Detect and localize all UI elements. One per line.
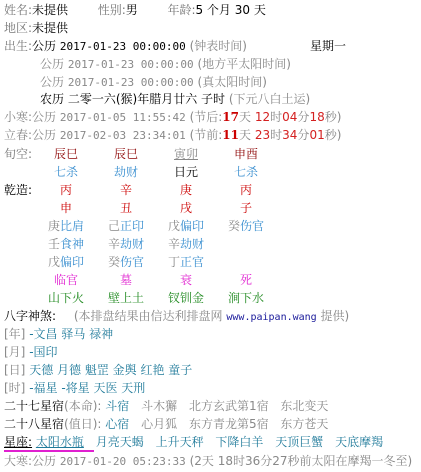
unit: 时 [270, 128, 282, 142]
zodiac-imum-coeli[interactable]: 天底摩羯 [335, 435, 383, 449]
zodiac-descendant[interactable]: 下降白羊 [215, 435, 263, 449]
shensha-hour: [时] -福星 -将星 天医 天刑 [4, 379, 145, 397]
term-days: 11 [222, 128, 239, 142]
shensha-items: 天德 月德 魁罡 金舆 红艳 童子 [29, 363, 192, 377]
changsheng-row: 临官 墓 衰 死 [4, 271, 304, 289]
region-row: 地区:未提供 [4, 19, 68, 37]
xiu-sub: (值日): [64, 417, 101, 431]
xiu-animal: 斗木獬 [141, 399, 177, 413]
pillar-tag: [日] [4, 363, 25, 377]
shishen-year: 七杀 [44, 163, 88, 181]
hidden-stem: 辛 [108, 237, 120, 251]
shishen-day: 日元 [164, 163, 208, 181]
term-datetime: 2017-01-05 11:55:42 [60, 111, 186, 124]
hidden-shishen: 劫财 [120, 237, 144, 251]
hidden-shishen: 食神 [60, 237, 84, 251]
hidden-stem: 戊 [168, 219, 180, 233]
term-label: 小寒: [4, 110, 32, 124]
xiu-sky: 东方苍天 [280, 417, 328, 431]
unit: 秒 [325, 110, 337, 124]
unit: 时 [270, 110, 282, 124]
hidden-row-2: 壬食神 辛劫财 辛劫财 [4, 235, 304, 253]
nayin-hour: 涧下水 [224, 289, 268, 307]
term-seconds: 18 [309, 110, 324, 124]
branch-year: 申 [44, 199, 88, 217]
term-datetime: 2017-01-20 05:23:33 [60, 455, 186, 468]
shishen-hour: 七杀 [224, 163, 268, 181]
hidden-shishen: 比肩 [60, 219, 84, 233]
xiu-name: 斗宿 [105, 399, 129, 413]
time-note: (钟表时间) [190, 39, 247, 53]
xiu-animal: 心月狐 [141, 417, 177, 431]
term-seconds: 01 [309, 128, 324, 142]
zodiac-ascendant[interactable]: 上升天秤 [156, 435, 204, 449]
paren: ) [337, 110, 342, 124]
xiu-label: 二十八星宿 [4, 417, 64, 431]
time-note: (地方平太阳时间) [198, 57, 291, 71]
calendar-type: 公历 [32, 454, 56, 468]
hidden-shishen: 伤官 [240, 219, 264, 233]
stem-day: 庚 [164, 181, 208, 199]
shensha-month: [月] -国印 [4, 343, 58, 361]
hidden-stem: 己 [108, 219, 120, 233]
true-datetime: 2017-01-23 00:00:00 [68, 76, 194, 89]
xunkong-row: 旬空: 辰巳 辰巳 寅卯 申酉 [4, 145, 304, 163]
hidden-shishen: 偏印 [60, 255, 84, 269]
branches-row: 申 丑 戌 子 [4, 199, 304, 217]
stems-row: 乾造: 丙 辛 庚 丙 [4, 181, 304, 199]
xiu-name: 心宿 [105, 417, 129, 431]
hidden-row-1: 庚比肩 己正印 戊偏印 癸伤官 [4, 217, 304, 235]
name-value: 未提供 [32, 3, 68, 17]
xiu-direction: 东方青龙第5宿 [189, 417, 269, 431]
yun-note: (下元八白土运) [229, 92, 310, 106]
zodiac-sun[interactable]: 太阳水瓶 [36, 435, 84, 449]
shensha-header: 八字神煞: (本排盘结果由信达利排盘网 www.paipan.wang 提供) [4, 307, 349, 325]
hidden-row-3: 戊偏印 癸伤官 丁正官 [4, 253, 304, 271]
weekday: 星期一 [310, 37, 346, 55]
term-label: 大寒: [4, 454, 32, 468]
xiu-direction: 北方玄武第1宿 [189, 399, 269, 413]
changsheng-month: 墓 [104, 271, 148, 289]
local-datetime: 2017-01-23 00:00:00 [68, 58, 194, 71]
hidden-shishen: 伤官 [120, 255, 144, 269]
shensha-year: [年] -文昌 驿马 禄神 [4, 325, 113, 343]
calendar-type: 公历 [40, 57, 64, 71]
calendar-type: 公历 [32, 128, 56, 142]
hidden-stem: 癸 [228, 219, 240, 233]
hidden-stem: 辛 [168, 237, 180, 251]
xunkong-year: 辰巳 [44, 145, 88, 163]
term-row-xiaohan: 小寒:公历 2017-01-05 11:55:42 (节后:17天 12时04分… [4, 108, 341, 126]
zodiac-midheaven[interactable]: 天顶巨蟹 [275, 435, 323, 449]
calendar-type: 公历 [40, 75, 64, 89]
stem-year: 丙 [44, 181, 88, 199]
term-datetime: 2017-02-03 23:34:01 [60, 129, 186, 142]
nayin-row: 山下火 壁上土 钗钏金 涧下水 [4, 289, 304, 307]
credit-text: (本排盘结果由信达利排盘网 [74, 309, 223, 323]
branch-hour: 子 [224, 199, 268, 217]
term-days: 17 [222, 110, 239, 124]
lunar-date: 二零一六(猴)年腊月廿六 子时 [68, 92, 225, 106]
changsheng-hour: 死 [224, 271, 268, 289]
shishen-month: 劫财 [104, 163, 148, 181]
xiu-label: 二十七星宿 [4, 399, 64, 413]
region-value: 未提供 [32, 21, 68, 35]
term-prefix: (节后: [190, 110, 223, 124]
term-hours: 23 [255, 128, 270, 142]
term-hours: 12 [255, 110, 270, 124]
age-value: 5 个月 30 天 [195, 3, 265, 17]
dahan-row: 大寒:公历 2017-01-20 05:23:33 (2天 18时36分27秒前… [4, 452, 412, 470]
lunar-row: 农历 二零一六(猴)年腊月廿六 子时 (下元八白土运) [40, 90, 310, 108]
shensha-items: -国印 [29, 345, 57, 359]
nayin-year: 山下火 [44, 289, 88, 307]
term-minutes: 04 [282, 110, 297, 124]
age-label: 年龄: [167, 3, 195, 17]
calendar-type: 公历 [32, 39, 56, 53]
unit: 天 [239, 110, 251, 124]
pillar-tag: [年] [4, 327, 25, 341]
xunkong-hour: 申酉 [224, 145, 268, 163]
changsheng-day: 衰 [164, 271, 208, 289]
region-label: 地区: [4, 21, 32, 35]
xunkong-month: 辰巳 [104, 145, 148, 163]
shensha-day: [日] 天德 月德 魁罡 金舆 红艳 童子 [4, 361, 192, 379]
term-note: (2天 18时36分27秒前太阳在摩羯一冬至) [190, 454, 413, 468]
credit-text: 提供) [321, 309, 350, 323]
xiu-sub: (本命): [64, 399, 101, 413]
qianzao-label: 乾造: [4, 183, 32, 197]
calendar-type: 农历 [40, 92, 64, 106]
term-row-lichun: 立春:公历 2017-02-03 23:34:01 (节前:11天 23时34分… [4, 126, 341, 144]
xiu28-row: 二十八星宿(值日): 心宿 心月狐 东方青龙第5宿 东方苍天 [4, 415, 328, 433]
birth-datetime: 2017-01-23 00:00:00 [60, 40, 186, 53]
stem-month: 辛 [104, 181, 148, 199]
term-label: 立春: [4, 128, 32, 142]
nayin-month: 壁上土 [104, 289, 148, 307]
zodiac-row: 星座: 太阳水瓶 月亮天蝎 上升天秤 下降白羊 天顶巨蟹 天底摩羯 [4, 433, 383, 451]
shishen-row: 七杀 劫财 日元 七杀 [4, 163, 304, 181]
hidden-shishen: 偏印 [180, 219, 204, 233]
name-row: 姓名:未提供 性别:男 年龄:5 个月 30 天 [4, 1, 266, 19]
birth-clock-row: 出生:公历 2017-01-23 00:00:00 (钟表时间) 星期一 [4, 37, 414, 55]
branch-day: 戌 [164, 199, 208, 217]
branch-month: 丑 [104, 199, 148, 217]
xunkong-label: 旬空: [4, 147, 32, 161]
pillar-tag: [时] [4, 381, 25, 395]
hidden-stem: 丁 [168, 255, 180, 269]
unit: 天 [239, 128, 251, 142]
hidden-shishen: 劫财 [180, 237, 204, 251]
nayin-day: 钗钏金 [164, 289, 208, 307]
hidden-stem: 戊 [48, 255, 60, 269]
pillar-tag: [月] [4, 345, 25, 359]
hidden-shishen: 正官 [180, 255, 204, 269]
gender-value: 男 [126, 3, 138, 17]
name-label: 姓名: [4, 3, 32, 17]
time-note: (真太阳时间) [198, 75, 267, 89]
term-prefix: (节前: [190, 128, 223, 142]
zodiac-moon[interactable]: 月亮天蝎 [96, 435, 144, 449]
zodiac-label: 星座: [4, 435, 32, 449]
xiu27-row: 二十七星宿(本命): 斗宿 斗木獬 北方玄武第1宿 东北变天 [4, 397, 328, 415]
birth-label: 出生: [4, 39, 32, 53]
hidden-shishen: 正印 [120, 219, 144, 233]
shensha-items: -文昌 驿马 禄神 [29, 327, 113, 341]
stem-hour: 丙 [224, 181, 268, 199]
paren: ) [337, 128, 342, 142]
hidden-stem: 癸 [108, 255, 120, 269]
unit: 分 [297, 128, 309, 142]
birth-local-row: 公历 2017-01-23 00:00:00 (地方平太阳时间) [40, 55, 291, 73]
shensha-label: 八字神煞: [4, 309, 56, 323]
unit: 秒 [325, 128, 337, 142]
birth-true-row: 公历 2017-01-23 00:00:00 (真太阳时间) [40, 73, 267, 91]
xiu-sky: 东北变天 [280, 399, 328, 413]
hidden-stem: 庚 [48, 219, 60, 233]
credit-link[interactable]: www.paipan.wang [226, 312, 316, 323]
term-minutes: 34 [282, 128, 297, 142]
hidden-stem: 壬 [48, 237, 60, 251]
shensha-items: -福星 -将星 天医 天刑 [29, 381, 145, 395]
unit: 分 [297, 110, 309, 124]
calendar-type: 公历 [32, 110, 56, 124]
gender-label: 性别: [98, 3, 126, 17]
changsheng-year: 临官 [44, 271, 88, 289]
xunkong-day: 寅卯 [164, 145, 208, 163]
